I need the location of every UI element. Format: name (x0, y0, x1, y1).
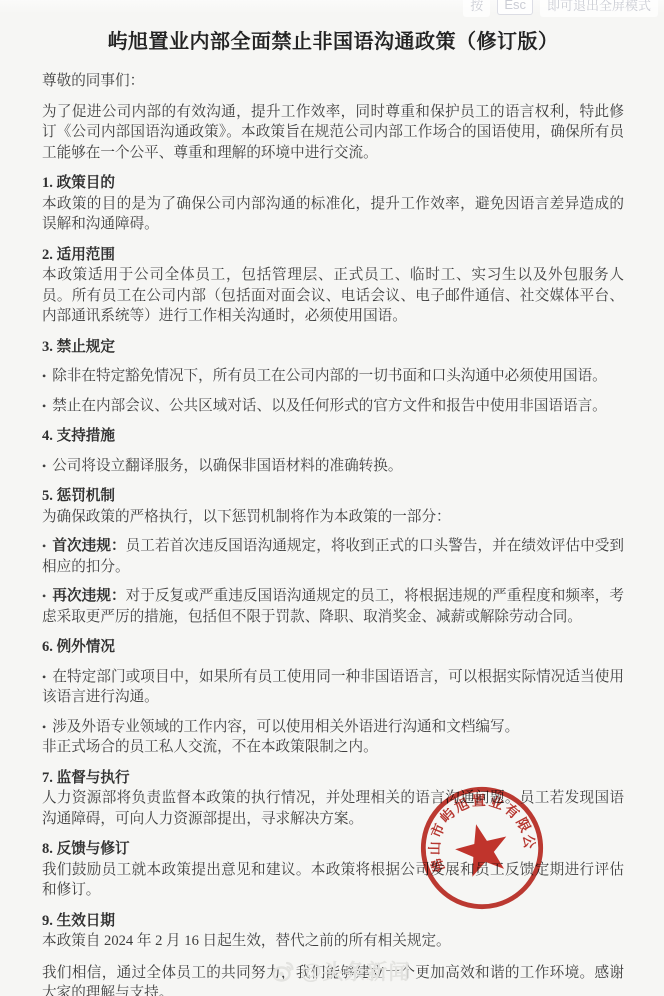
policy-section: 4. 支持措施• 公司将设立翻译服务，以确保非国语材料的准确转换。 (42, 426, 624, 476)
bullet-icon: • (42, 670, 52, 684)
section-heading: 4. 支持措施 (42, 426, 624, 447)
policy-section: 6. 例外情况• 在特定部门或项目中，如果所有员工使用同一种非国语语言，可以根据… (42, 637, 624, 758)
weibo-icon (270, 958, 296, 984)
star-icon (451, 818, 514, 879)
hint-prefix: 按 (463, 0, 490, 17)
bullet-item: • 首次违规：员工若首次违反国语沟通规定，将收到正式的口头警告，并在绩效评估中受… (42, 536, 624, 577)
bullet-icon: • (42, 539, 52, 553)
section-heading: 5. 惩罚机制 (42, 486, 624, 507)
policy-document: 屿旭置业内部全面禁止非国语沟通政策（修订版） 尊敬的同事们： 为了促进公司内部的… (0, 0, 664, 996)
section-heading: 1. 政策目的 (42, 173, 624, 194)
policy-section: 2. 适用范围本政策适用于公司全体员工，包括管理层、正式员工、临时工、实习生以及… (42, 245, 624, 327)
section-heading: 7. 监督与执行 (42, 768, 624, 789)
policy-section: 3. 禁止规定• 除非在特定豁免情况下，所有员工在公司内部的一切书面和口头沟通中… (42, 337, 624, 417)
paragraph: 本政策适用于公司全体员工，包括管理层、正式员工、临时工、实习生以及外包服务人员。… (42, 265, 624, 327)
paragraph: 本政策的目的是为了确保公司内部沟通的标准化，提升工作效率，避免因语言差异造成的误… (42, 194, 624, 235)
bullet-item: • 在特定部门或项目中，如果所有员工使用同一种非国语语言，可以根据实际情况适当使… (42, 667, 624, 708)
bullet-item: • 涉及外语专业领域的工作内容，可以使用相关外语进行沟通和文档编写。 (42, 717, 624, 738)
section-heading: 3. 禁止规定 (42, 337, 624, 358)
fullscreen-exit-hint: 按 Esc 即可退出全屏模式 (463, 0, 658, 17)
bullet-icon: • (42, 589, 52, 603)
bullet-icon: • (42, 369, 52, 383)
bullet-icon: • (42, 459, 52, 473)
section-heading: 6. 例外情况 (42, 637, 624, 658)
paragraph: 非正式场合的员工私人交流，不在本政策限制之内。 (42, 737, 624, 758)
watermark-handle: @头条新闻 (301, 956, 410, 986)
bullet-item: • 除非在特定豁免情况下，所有员工在公司内部的一切书面和口头沟通中必须使用国语。 (42, 366, 624, 387)
bullet-lead: 首次违规： (52, 538, 125, 554)
hint-suffix: 即可退出全屏模式 (540, 0, 658, 17)
bullet-item: • 公司将设立翻译服务，以确保非国语材料的准确转换。 (42, 456, 624, 477)
bullet-icon: • (42, 720, 52, 734)
section-heading: 9. 生效日期 (42, 911, 624, 932)
document-title: 屿旭置业内部全面禁止非国语沟通政策（修订版） (42, 25, 624, 54)
section-heading: 2. 适用范围 (42, 245, 624, 266)
paragraph: 本政策自 2024 年 2 月 16 日起生效，替代之前的所有相关规定。 (42, 931, 624, 952)
policy-section: 1. 政策目的本政策的目的是为了确保公司内部沟通的标准化，提升工作效率，避免因语… (42, 173, 624, 235)
policy-section: 5. 惩罚机制为确保政策的严格执行，以下惩罚机制将作为本政策的一部分：• 首次违… (42, 486, 624, 627)
bullet-icon: • (42, 399, 52, 413)
bullet-item: • 再次违规：对于反复或严重违反国语沟通规定的员工，将根据违规的严重程度和频率，… (42, 586, 624, 627)
paragraph: 为确保政策的严格执行，以下惩罚机制将作为本政策的一部分： (42, 507, 624, 528)
policy-section: 9. 生效日期本政策自 2024 年 2 月 16 日起生效，替代之前的所有相关… (42, 911, 624, 952)
watermark: @头条新闻 (270, 956, 410, 986)
bullet-lead: 再次违规： (52, 588, 125, 604)
bullet-item: • 禁止在内部会议、公共区域对话、以及任何形式的官方文件和报告中使用非国语语言。 (42, 396, 624, 417)
esc-keycap: Esc (497, 0, 533, 15)
intro-paragraph: 为了促进公司内部的有效沟通，提升工作效率，同时尊重和保护员工的语言权利，特此修订… (42, 102, 624, 164)
salutation: 尊敬的同事们： (42, 71, 624, 92)
